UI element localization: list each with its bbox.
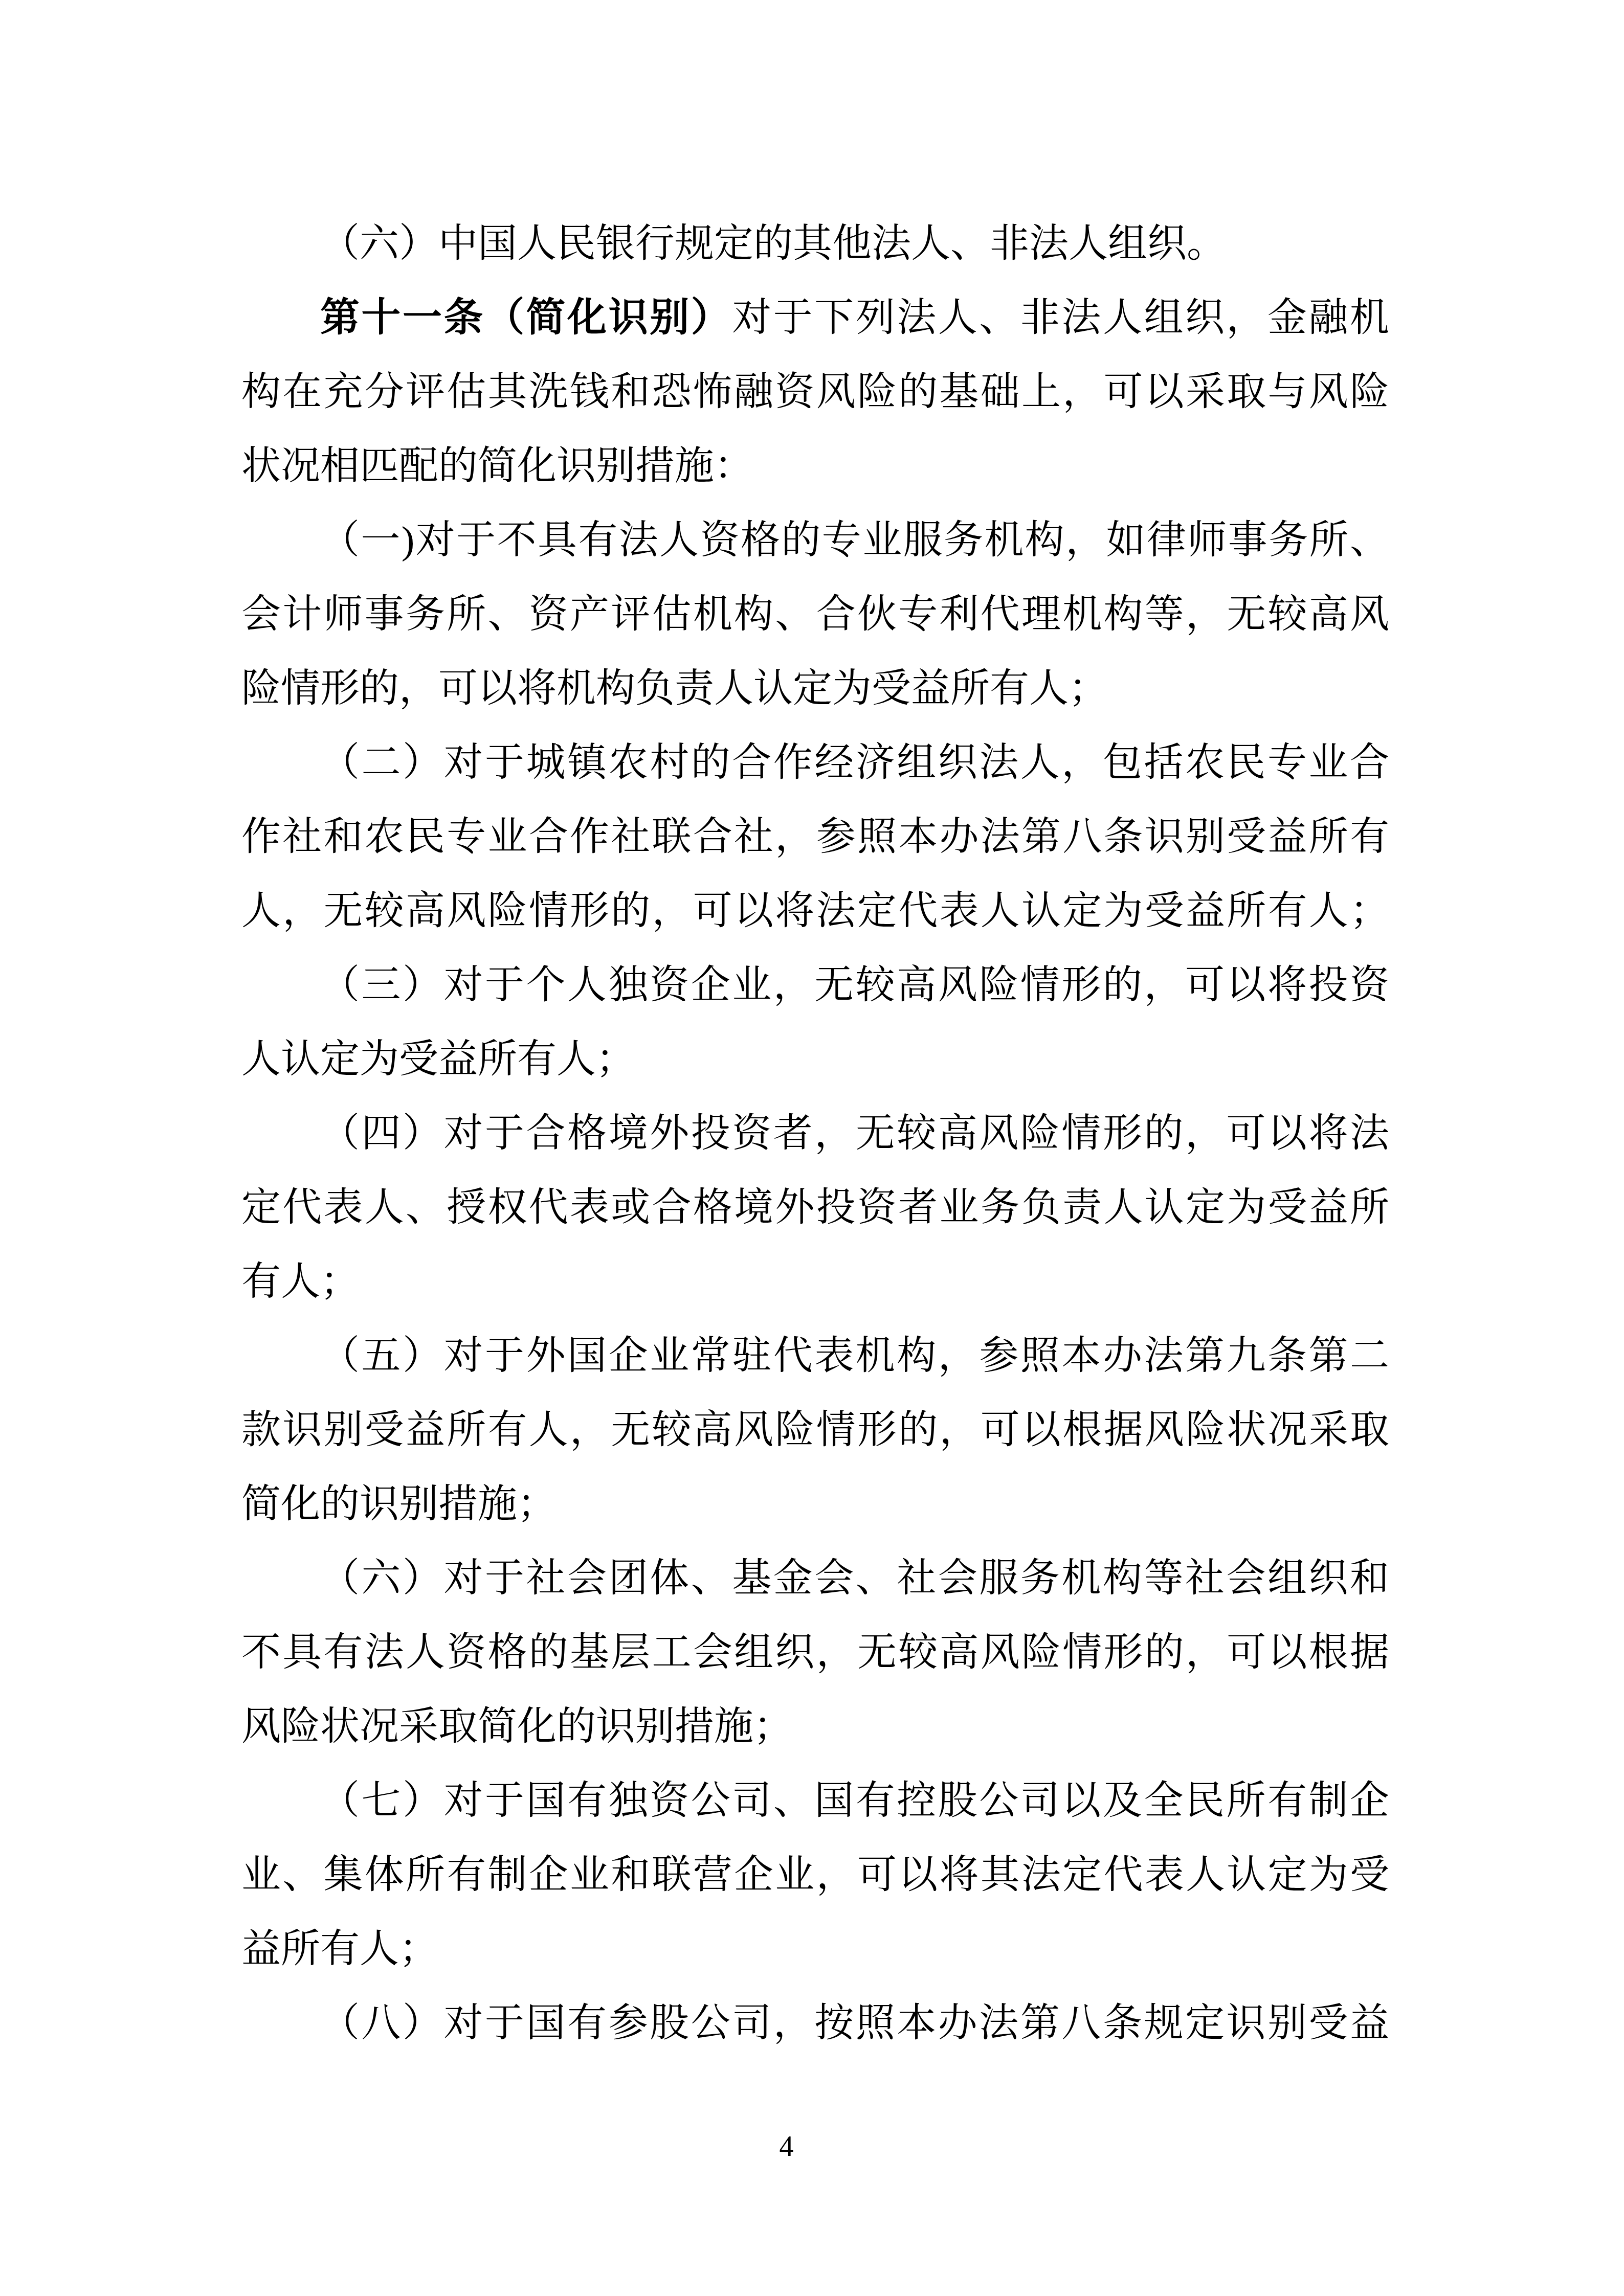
text-line: 人认定为受益所有人；: [241, 1022, 1389, 1096]
text-line: 益所有人；: [241, 1912, 1389, 1986]
text-line: 款识别受益所有人，无较高风险情形的，可以根据风险状况采取: [241, 1393, 1389, 1467]
text-line: 不具有法人资格的基层工会组织，无较高风险情形的，可以根据: [241, 1615, 1389, 1690]
text-line: 作社和农民专业合作社联合社，参照本办法第八条识别受益所有: [241, 800, 1389, 874]
text-line: 业、集体所有制企业和联营企业，可以将其法定代表人认定为受: [241, 1838, 1389, 1912]
paragraph: （三）对于个人独资企业，无较高风险情形的，可以将投资人认定为受益所有人；: [241, 948, 1389, 1096]
text-line: 人，无较高风险情形的，可以将法定代表人认定为受益所有人；: [241, 874, 1389, 948]
text-line: （四）对于合格境外投资者，无较高风险情形的，可以将法: [241, 1096, 1389, 1170]
text-line: （三）对于个人独资企业，无较高风险情形的，可以将投资: [241, 948, 1389, 1022]
text-line: （七）对于国有独资公司、国有控股公司以及全民所有制企: [241, 1764, 1389, 1838]
text-line: 状况相匹配的简化识别措施：: [241, 429, 1389, 503]
text-line: 险情形的，可以将机构负责人认定为受益所有人；: [241, 651, 1389, 726]
text-line: 会计师事务所、资产评估机构、合伙专利代理机构等，无较高风: [241, 577, 1389, 651]
paragraph: （六）中国人民银行规定的其他法人、非法人组织。: [241, 207, 1389, 281]
paragraph: （七）对于国有独资公司、国有控股公司以及全民所有制企业、集体所有制企业和联营企业…: [241, 1764, 1389, 1986]
paragraph: （二）对于城镇农村的合作经济组织法人，包括农民专业合作社和农民专业合作社联合社，…: [241, 726, 1389, 948]
page-number: 4: [0, 2131, 1573, 2162]
text-line: 有人；: [241, 1245, 1389, 1319]
text-line: 构在充分评估其洗钱和恐怖融资风险的基础上，可以采取与风险: [241, 355, 1389, 429]
text-line: （一)对于不具有法人资格的专业服务机构，如律师事务所、: [241, 503, 1389, 577]
text-line: 简化的识别措施；: [241, 1467, 1389, 1541]
text-line: （六）中国人民银行规定的其他法人、非法人组织。: [241, 207, 1389, 281]
paragraph: （一)对于不具有法人资格的专业服务机构，如律师事务所、会计师事务所、资产评估机构…: [241, 503, 1389, 726]
paragraph: （四）对于合格境外投资者，无较高风险情形的，可以将法定代表人、授权代表或合格境外…: [241, 1096, 1389, 1319]
page: （六）中国人民银行规定的其他法人、非法人组织。第十一条（简化识别）对于下列法人、…: [0, 0, 1624, 2296]
text-line: （二）对于城镇农村的合作经济组织法人，包括农民专业合: [241, 726, 1389, 800]
text-line: 风险状况采取简化的识别措施；: [241, 1690, 1389, 1764]
text-line: 第十一条（简化识别）对于下列法人、非法人组织，金融机: [241, 281, 1389, 355]
paragraph: （六）对于社会团体、基金会、社会服务机构等社会组织和不具有法人资格的基层工会组织…: [241, 1541, 1389, 1764]
text-line: （五）对于外国企业常驻代表机构，参照本办法第九条第二: [241, 1319, 1389, 1393]
document-body: （六）中国人民银行规定的其他法人、非法人组织。第十一条（简化识别）对于下列法人、…: [241, 207, 1389, 2060]
text-line: （六）对于社会团体、基金会、社会服务机构等社会组织和: [241, 1541, 1389, 1615]
paragraph: （五）对于外国企业常驻代表机构，参照本办法第九条第二款识别受益所有人，无较高风险…: [241, 1319, 1389, 1541]
text-line: （八）对于国有参股公司，按照本办法第八条规定识别受益: [241, 1986, 1389, 2060]
paragraph: 第十一条（简化识别）对于下列法人、非法人组织，金融机构在充分评估其洗钱和恐怖融资…: [241, 281, 1389, 503]
text-line: 定代表人、授权代表或合格境外投资者业务负责人认定为受益所: [241, 1170, 1389, 1245]
article-heading: 第十一条（简化识别）: [320, 296, 732, 340]
paragraph: （八）对于国有参股公司，按照本办法第八条规定识别受益: [241, 1986, 1389, 2060]
